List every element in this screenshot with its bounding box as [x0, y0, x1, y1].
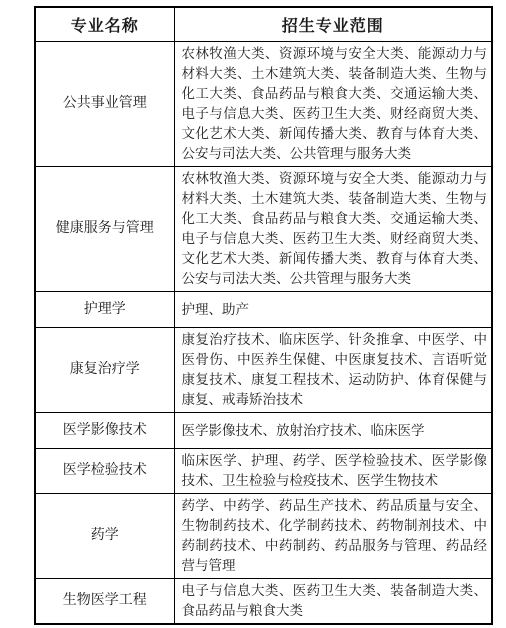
scope-cell: 医学影像技术、放射治疗技术、临床医学 — [174, 413, 492, 449]
table-row: 药学 药学、中药学、药品生产技术、药品质量与安全、生物制药技术、化学制药技术、药… — [35, 494, 492, 579]
major-name-cell: 医学影像技术 — [35, 413, 174, 449]
scope-cell: 临床医学、护理、药学、医学检验技术、医学影像技术、卫生检验与检疫技术、医学生物技… — [174, 449, 492, 494]
major-name-cell: 公共事业管理 — [35, 42, 174, 167]
major-name-cell: 药学 — [35, 494, 174, 579]
scope-cell: 电子与信息大类、医药卫生大类、装备制造大类、食品药品与粮食大类 — [174, 579, 492, 625]
table-body: 公共事业管理 农林牧渔大类、资源环境与安全大类、能源动力与材料大类、土木建筑大类… — [35, 42, 492, 625]
scope-cell: 农林牧渔大类、资源环境与安全大类、能源动力与材料大类、土木建筑大类、装备制造大类… — [174, 42, 492, 167]
header-scope: 招生专业范围 — [174, 7, 492, 42]
table-row: 医学检验技术 临床医学、护理、药学、医学检验技术、医学影像技术、卫生检验与检疫技… — [35, 449, 492, 494]
scope-cell: 护理、助产 — [174, 292, 492, 328]
major-name-cell: 康复治疗学 — [35, 328, 174, 413]
major-name-cell: 生物医学工程 — [35, 579, 174, 625]
header-row: 专业名称 招生专业范围 — [35, 7, 492, 42]
scope-cell: 农林牧渔大类、资源环境与安全大类、能源动力与材料大类、土木建筑大类、装备制造大类… — [174, 167, 492, 292]
major-name-cell: 护理学 — [35, 292, 174, 328]
table-row: 健康服务与管理 农林牧渔大类、资源环境与安全大类、能源动力与材料大类、土木建筑大… — [35, 167, 492, 292]
table-row: 公共事业管理 农林牧渔大类、资源环境与安全大类、能源动力与材料大类、土木建筑大类… — [35, 42, 492, 167]
major-name-cell: 健康服务与管理 — [35, 167, 174, 292]
header-major-name: 专业名称 — [35, 7, 174, 42]
scope-cell: 药学、中药学、药品生产技术、药品质量与安全、生物制药技术、化学制药技术、药物制剂… — [174, 494, 492, 579]
major-name-cell: 医学检验技术 — [35, 449, 174, 494]
table-row: 护理学 护理、助产 — [35, 292, 492, 328]
table-row: 康复治疗学 康复治疗技术、临床医学、针灸推拿、中医学、中医骨伤、中医养生保健、中… — [35, 328, 492, 413]
enrollment-scope-table: 专业名称 招生专业范围 公共事业管理 农林牧渔大类、资源环境与安全大类、能源动力… — [34, 6, 493, 625]
table-row: 生物医学工程 电子与信息大类、医药卫生大类、装备制造大类、食品药品与粮食大类 — [35, 579, 492, 625]
table-row: 医学影像技术 医学影像技术、放射治疗技术、临床医学 — [35, 413, 492, 449]
scope-cell: 康复治疗技术、临床医学、针灸推拿、中医学、中医骨伤、中医养生保健、中医康复技术、… — [174, 328, 492, 413]
